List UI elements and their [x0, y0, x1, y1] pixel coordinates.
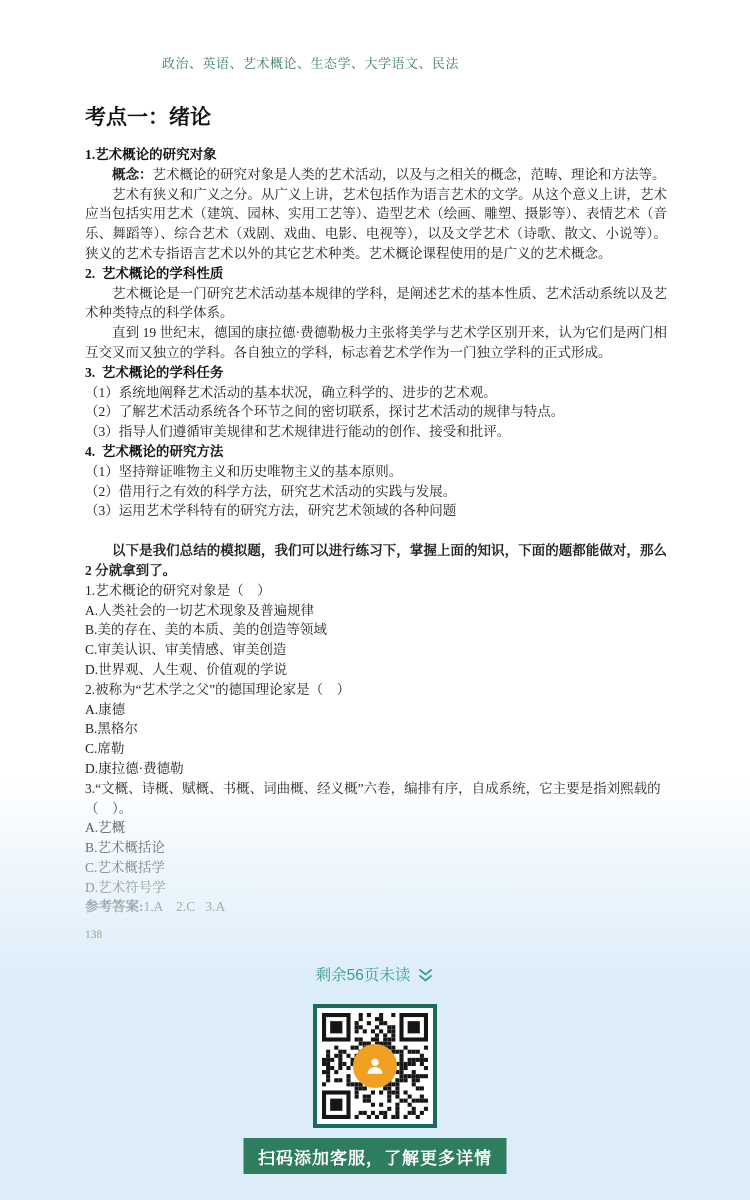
- question-3-option: B.艺术概括论: [85, 838, 667, 858]
- page-title: 考点一：绪论: [85, 104, 667, 131]
- section-3-item: （1）系统地阐释艺术活动的基本状况，确立科学的、进步的艺术观。: [85, 383, 667, 403]
- question-3-stem: 3.“文概、诗概、赋概、书概、词曲概、经义概”六卷，编排有序，自成系统，它主要是…: [85, 779, 667, 819]
- person-icon: [353, 1044, 397, 1088]
- question-1-stem: 1.艺术概论的研究对象是（ ）: [85, 581, 667, 601]
- section-1-concept-paragraph: 概念：艺术概论的研究对象是人类的艺术活动，以及与之相关的概念，范畴、理论和方法等…: [85, 165, 667, 185]
- section-2-paragraph: 直到 19 世纪末，德国的康拉德·费德勒极力主张将美学与艺术学区别开来，认为它们…: [85, 323, 667, 363]
- answers-values: 1.A 2.C 3.A: [144, 899, 226, 914]
- question-3-option: D.艺术符号学: [85, 878, 667, 898]
- section-3-item: （2）了解艺术活动系统各个环节之间的密切联系，探讨艺术活动的规律与特点。: [85, 402, 667, 422]
- question-2-option: C.席勒: [85, 739, 667, 759]
- double-chevron-down-icon: [417, 966, 434, 983]
- practice-intro: 以下是我们总结的模拟题，我们可以进行练习下，掌握上面的知识，下面的题都能做对，那…: [85, 541, 667, 581]
- question-1-option: D.世界观、人生观、价值观的学说: [85, 660, 667, 680]
- section-2-heading: 2. 艺术概论的学科性质: [85, 264, 667, 284]
- question-2-option: A.康德: [85, 700, 667, 720]
- document-content: 政治、英语、艺术概论、生态学、大学语文、民法 考点一：绪论 1.艺术概论的研究对…: [85, 0, 667, 917]
- section-3-item: （3）指导人们遵循审美规律和艺术规律进行能动的创作、接受和批评。: [85, 422, 667, 442]
- document-body: 1.艺术概论的研究对象 概念：艺术概论的研究对象是人类的艺术活动，以及与之相关的…: [85, 145, 667, 917]
- section-2-paragraph: 艺术概论是一门研究艺术活动基本规律的学科，是阐述艺术的基本性质、艺术活动系统以及…: [85, 284, 667, 324]
- section-4-heading: 4. 艺术概论的研究方法: [85, 442, 667, 462]
- question-3-option: A.艺概: [85, 818, 667, 838]
- section-4-item: （2）借用行之有效的科学方法，研究艺术活动的实践与发展。: [85, 482, 667, 502]
- section-4-item: （3）运用艺术学科特有的研究方法，研究艺术领域的各种问题: [85, 501, 667, 521]
- remaining-pages-toggle[interactable]: 剩余56页未读: [0, 963, 750, 985]
- concept-label: 概念：: [112, 167, 153, 182]
- spacer: [85, 521, 667, 541]
- concept-text: 艺术概论的研究对象是人类的艺术活动，以及与之相关的概念，范畴、理论和方法等。: [153, 167, 666, 182]
- question-2-option: D.康拉德·费德勒: [85, 759, 667, 779]
- document-preview-page: 政治、英语、艺术概论、生态学、大学语文、民法 考点一：绪论 1.艺术概论的研究对…: [0, 0, 750, 1200]
- page-number: 138: [85, 929, 102, 941]
- question-2-stem: 2.被称为“艺术学之父”的德国理论家是（ ）: [85, 680, 667, 700]
- remaining-pages-label: 剩余56页未读: [316, 963, 411, 985]
- qr-code: [313, 1004, 437, 1128]
- section-4-item: （1）坚持辩证唯物主义和历史唯物主义的基本原则。: [85, 462, 667, 482]
- question-2-option: B.黑格尔: [85, 719, 667, 739]
- course-tags-header: 政治、英语、艺术概论、生态学、大学语文、民法: [162, 55, 667, 72]
- section-3-heading: 3. 艺术概论的学科任务: [85, 363, 667, 383]
- question-1-option: B.美的存在、美的本质、美的创造等领域: [85, 620, 667, 640]
- question-3-option: C.艺术概括学: [85, 858, 667, 878]
- section-1-paragraph: 艺术有狭义和广义之分。从广义上讲，艺术包括作为语言艺术的文学。从这个意义上讲，艺…: [85, 185, 667, 264]
- question-1-option: A.人类社会的一切艺术现象及普遍规律: [85, 601, 667, 621]
- question-1-option: C.审美认识、审美情感、审美创造: [85, 640, 667, 660]
- add-customer-service-cta[interactable]: 扫码添加客服，了解更多详情: [244, 1138, 507, 1174]
- section-1-heading: 1.艺术概论的研究对象: [85, 145, 667, 165]
- reference-answers: 参考答案:1.A 2.C 3.A: [85, 897, 667, 917]
- answers-label: 参考答案:: [85, 899, 144, 914]
